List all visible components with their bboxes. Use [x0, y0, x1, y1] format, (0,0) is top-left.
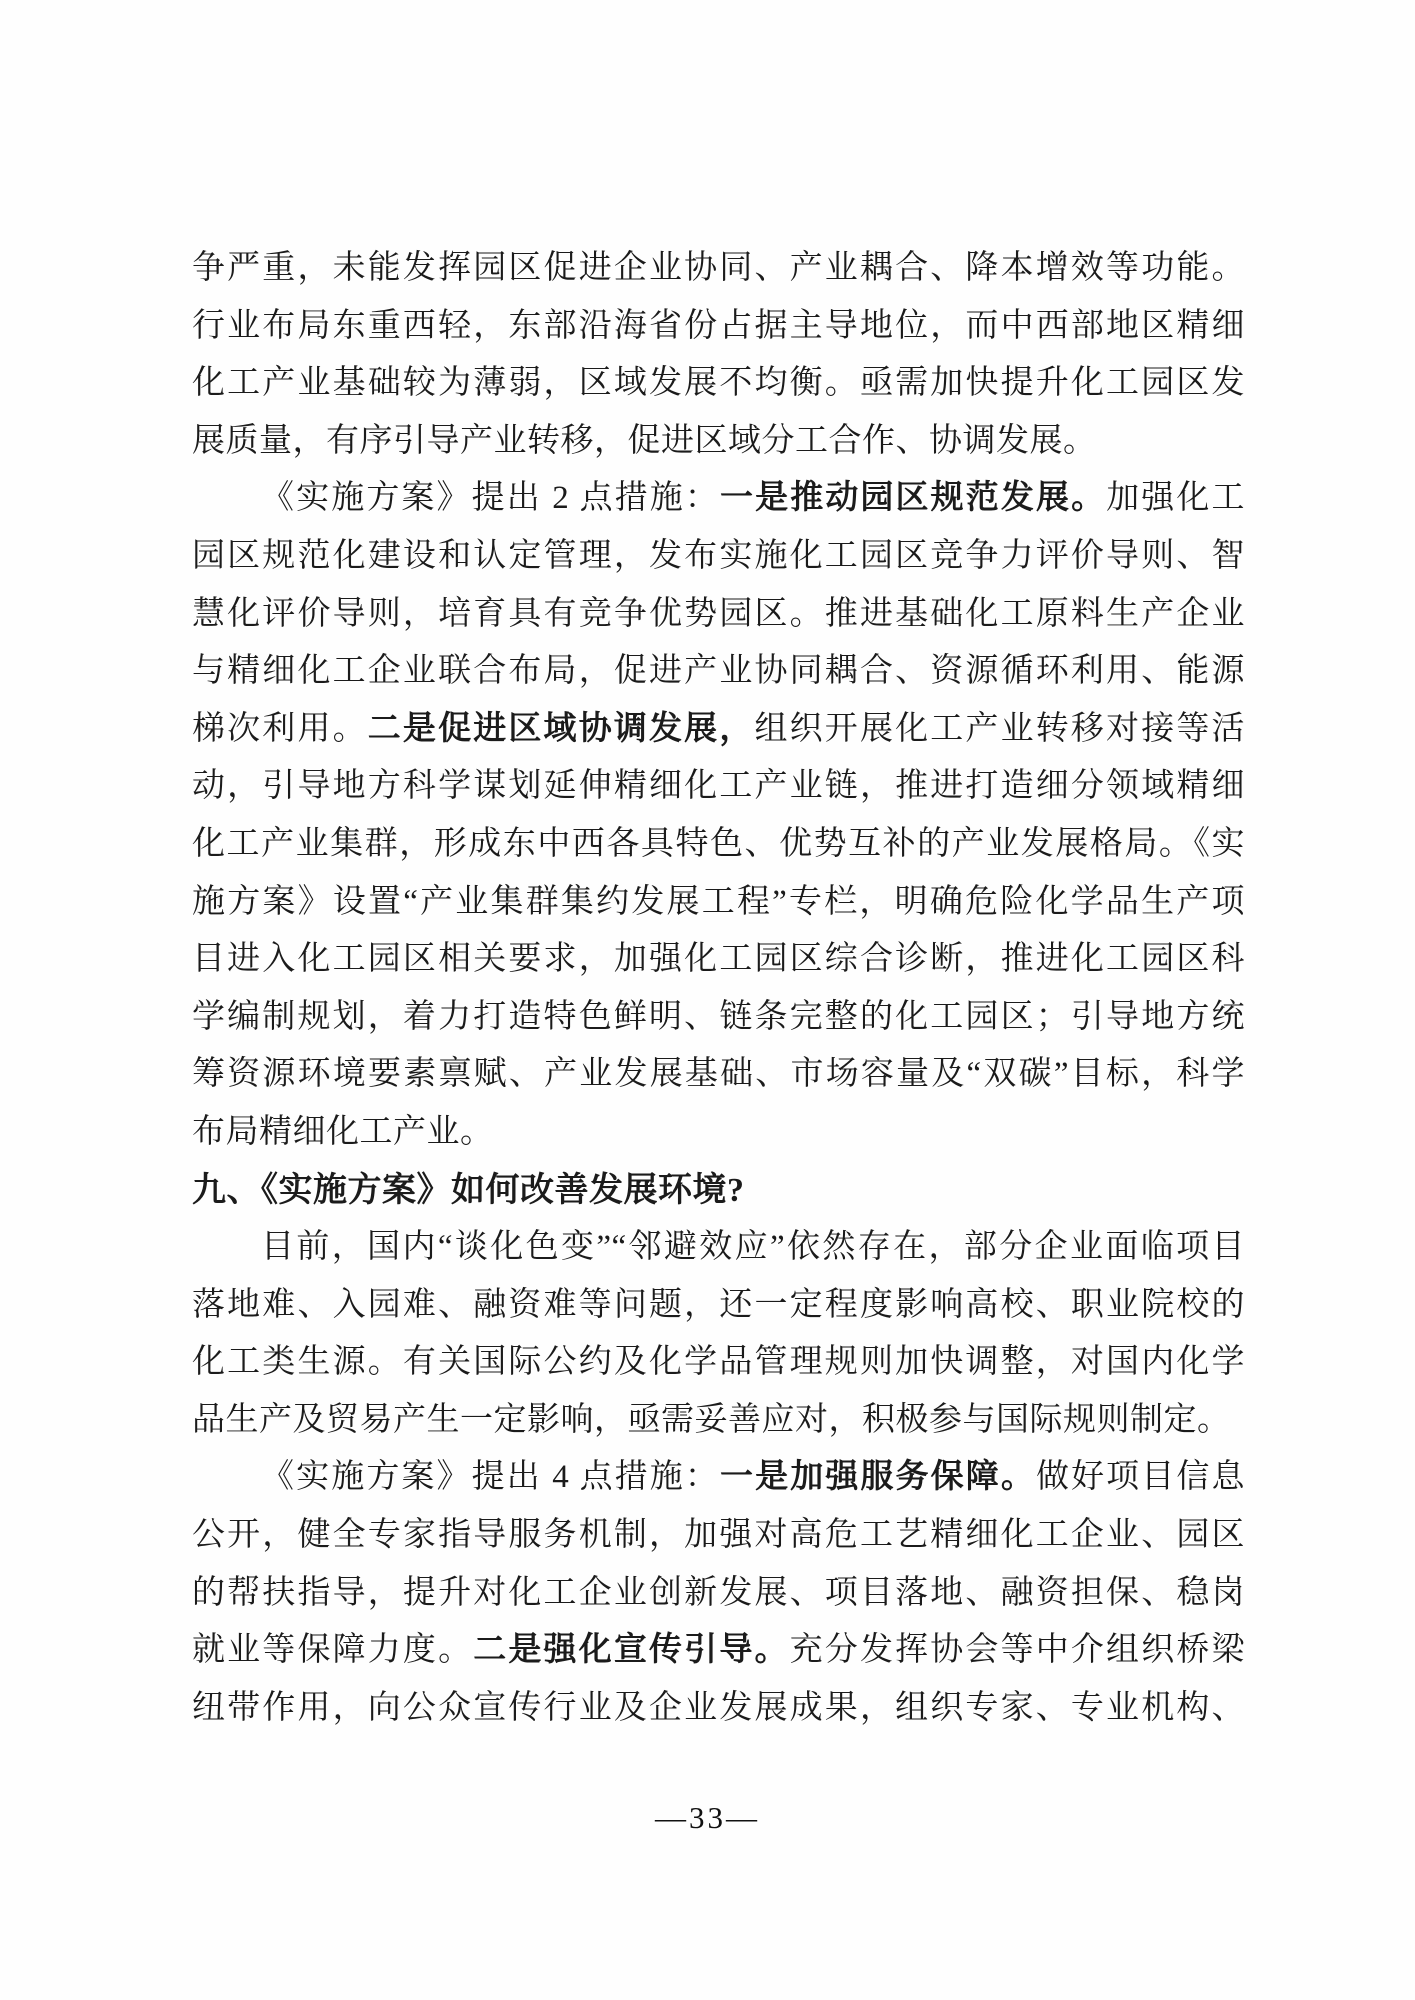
- text-line: 化工类生源。有关国际公约及化学品管理规则加快调整，对国内化学: [192, 1334, 1245, 1392]
- text-line: 目进入化工园区相关要求，加强化工园区综合诊断，推进化工园区科: [192, 931, 1245, 989]
- text-line: 《实施方案》提出 4 点措施：一是加强服务保障。做好项目信息: [192, 1449, 1245, 1507]
- text-segment: 加强化工: [1106, 480, 1245, 516]
- text-line: 就业等保障力度。二是强化宣传引导。充分发挥协会等中介组织桥梁: [192, 1622, 1245, 1680]
- text-segment: 公开，健全专家指导服务机制，加强对高危工艺精细化工企业、园区: [192, 1517, 1245, 1553]
- text-segment: 的帮扶指导，提升对化工企业创新发展、项目落地、融资担保、稳岗: [192, 1575, 1245, 1611]
- text-segment: 化工类生源。有关国际公约及化学品管理规则加快调整，对国内化学: [192, 1344, 1245, 1380]
- text-line: 施方案》设置“产业集群集约发展工程”专栏，明确危险化学品生产项: [192, 874, 1245, 932]
- text-segment: 组织开展化工产业转移对接等活: [755, 711, 1246, 747]
- text-segment: 落地难、入园难、融资难等问题，还一定程度影响高校、职业院校的: [192, 1287, 1245, 1323]
- text-line: 与精细化工企业联合布局，促进产业协同耦合、资源循环利用、能源: [192, 643, 1245, 701]
- text-segment: 施方案》设置“产业集群集约发展工程”专栏，明确危险化学品生产项: [192, 884, 1245, 920]
- text-segment: 品生产及贸易产生一定影响，亟需妥善应对，积极参与国际规则制定。: [192, 1402, 1231, 1438]
- text-line: 学编制规划，着力打造特色鲜明、链条完整的化工园区；引导地方统: [192, 989, 1245, 1047]
- text-line: 慧化评价导则，培育具有竞争优势园区。推进基础化工原料生产企业: [192, 586, 1245, 644]
- text-segment: 慧化评价导则，培育具有竞争优势园区。推进基础化工原料生产企业: [192, 596, 1245, 632]
- text-segment: 争严重，未能发挥园区促进企业协同、产业耦合、降本增效等功能。: [192, 250, 1245, 286]
- text-segment: 学编制规划，着力打造特色鲜明、链条完整的化工园区；引导地方统: [192, 999, 1245, 1035]
- text-line: 园区规范化建设和认定管理，发布实施化工园区竞争力评价导则、智: [192, 528, 1245, 586]
- text-line: 公开，健全专家指导服务机制，加强对高危工艺精细化工企业、园区: [192, 1507, 1245, 1565]
- text-segment: 与精细化工企业联合布局，促进产业协同耦合、资源循环利用、能源: [192, 653, 1245, 689]
- text-line: 化工产业基础较为薄弱，区域发展不均衡。亟需加快提升化工园区发: [192, 355, 1245, 413]
- bold-emphasis: 一是加强服务保障。: [720, 1459, 1036, 1495]
- text-segment: 化工产业集群，形成东中西各具特色、优势互补的产业发展格局。《实: [192, 826, 1245, 862]
- text-segment: 《实施方案》提出 2 点措施：: [261, 480, 720, 516]
- text-line: 纽带作用，向公众宣传行业及企业发展成果，组织专家、专业机构、: [192, 1680, 1245, 1738]
- text-segment: 充分发挥协会等中介组织桥梁: [790, 1632, 1245, 1668]
- text-line: 化工产业集群，形成东中西各具特色、优势互补的产业发展格局。《实: [192, 816, 1245, 874]
- text-line: 布局精细化工产业。: [192, 1104, 1245, 1162]
- text-block: 争严重，未能发挥园区促进企业协同、产业耦合、降本增效等功能。行业布局东重西轻，东…: [192, 240, 1245, 1737]
- text-segment: 化工产业基础较为薄弱，区域发展不均衡。亟需加快提升化工园区发: [192, 365, 1245, 401]
- text-segment: 园区规范化建设和认定管理，发布实施化工园区竞争力评价导则、智: [192, 538, 1245, 574]
- text-line: 梯次利用。二是促进区域协调发展，组织开展化工产业转移对接等活: [192, 701, 1245, 759]
- text-line: 落地难、入园难、融资难等问题，还一定程度影响高校、职业院校的: [192, 1277, 1245, 1335]
- text-segment: 做好项目信息: [1036, 1459, 1245, 1495]
- text-line: 行业布局东重西轻，东部沿海省份占据主导地位，而中西部地区精细: [192, 298, 1245, 356]
- text-line: 目前，国内“谈化色变”“邻避效应”依然存在，部分企业面临项目: [192, 1219, 1245, 1277]
- text-line: 展质量，有序引导产业转移，促进区域分工合作、协调发展。: [192, 413, 1245, 471]
- text-line: 动，引导地方科学谋划延伸精细化工产业链，推进打造细分领域精细: [192, 758, 1245, 816]
- text-segment: 《实施方案》提出 4 点措施：: [261, 1459, 720, 1495]
- bold-emphasis: 二是促进区域协调发展，: [368, 711, 755, 747]
- text-segment: 就业等保障力度。: [192, 1632, 473, 1668]
- text-segment: 纽带作用，向公众宣传行业及企业发展成果，组织专家、专业机构、: [192, 1690, 1245, 1726]
- text-line: 的帮扶指导，提升对化工企业创新发展、项目落地、融资担保、稳岗: [192, 1565, 1245, 1623]
- bold-emphasis: 九、《实施方案》如何改善发展环境?: [192, 1172, 745, 1209]
- text-line: 品生产及贸易产生一定影响，亟需妥善应对，积极参与国际规则制定。: [192, 1392, 1245, 1450]
- text-segment: 行业布局东重西轻，东部沿海省份占据主导地位，而中西部地区精细: [192, 308, 1245, 344]
- text-line: 筹资源环境要素禀赋、产业发展基础、市场容量及“双碳”目标，科学: [192, 1046, 1245, 1104]
- section-heading: 九、《实施方案》如何改善发展环境?: [192, 1162, 1245, 1220]
- text-segment: 布局精细化工产业。: [192, 1114, 494, 1150]
- text-segment: 筹资源环境要素禀赋、产业发展基础、市场容量及“双碳”目标，科学: [192, 1056, 1245, 1092]
- text-segment: 动，引导地方科学谋划延伸精细化工产业链，推进打造细分领域精细: [192, 768, 1245, 804]
- text-segment: 目进入化工园区相关要求，加强化工园区综合诊断，推进化工园区科: [192, 941, 1245, 977]
- bold-emphasis: 二是强化宣传引导。: [473, 1632, 789, 1668]
- page-number: —33—: [0, 1800, 1415, 1836]
- bold-emphasis: 一是推动园区规范发展。: [720, 480, 1106, 516]
- text-segment: 梯次利用。: [192, 711, 368, 747]
- text-line: 《实施方案》提出 2 点措施：一是推动园区规范发展。加强化工: [192, 470, 1245, 528]
- text-line: 争严重，未能发挥园区促进企业协同、产业耦合、降本增效等功能。: [192, 240, 1245, 298]
- text-segment: 目前，国内“谈化色变”“邻避效应”依然存在，部分企业面临项目: [261, 1229, 1245, 1265]
- text-segment: 展质量，有序引导产业转移，促进区域分工合作、协调发展。: [192, 423, 1097, 459]
- document-page: 争严重，未能发挥园区促进企业协同、产业耦合、降本增效等功能。行业布局东重西轻，东…: [0, 0, 1415, 2000]
